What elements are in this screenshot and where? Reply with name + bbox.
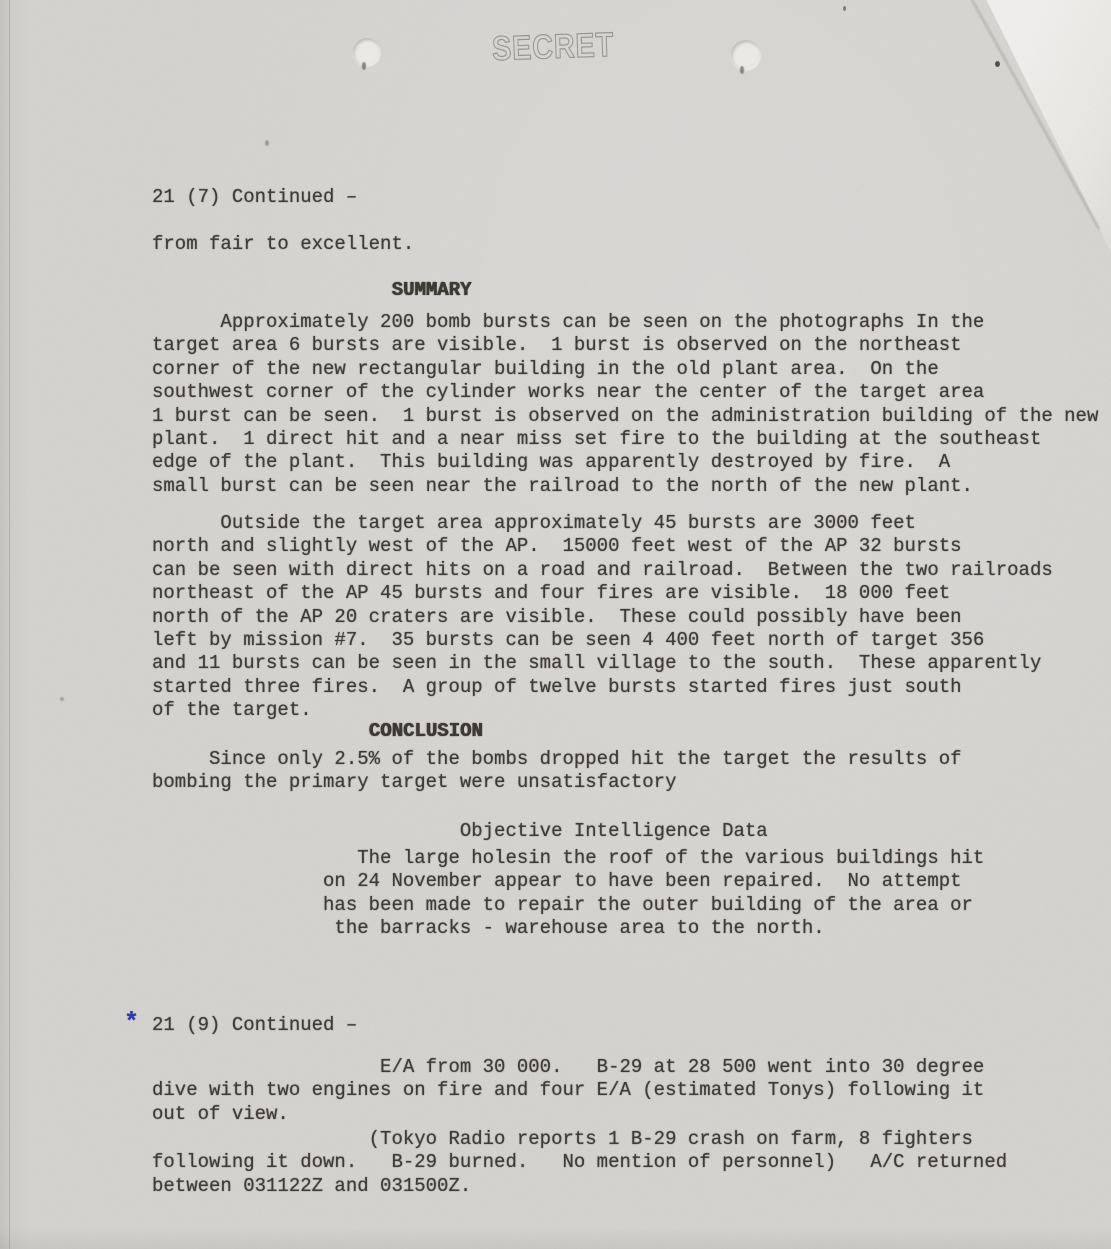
carryover-line: from fair to excellent. — [152, 233, 414, 256]
text-line: between 031122Z and 031500Z. — [152, 1175, 1007, 1198]
conclusion-paragraph: Since only 2.5% of the bombs dropped hit… — [152, 748, 962, 795]
margin-asterisk: * — [124, 1011, 139, 1034]
text-line: small burst can be seen near the railroa… — [152, 475, 1098, 498]
summary-paragraph-2: Outside the target area approximately 45… — [152, 512, 1053, 723]
text-line: has been made to repair the outer buildi… — [152, 894, 984, 917]
text-line: plant. 1 direct hit and a near miss set … — [152, 428, 1098, 451]
section-21-7-header: 21 (7) Continued – — [152, 186, 357, 209]
secret-stamp-text: SECRET — [491, 26, 614, 68]
text-line: 21 (7) Continued – — [152, 186, 357, 209]
text-line: SUMMARY — [152, 279, 471, 302]
hole-punch-left — [353, 38, 381, 66]
text-line: the barracks - warehouse area to the nor… — [152, 917, 984, 940]
ink-speck — [995, 61, 1000, 67]
ink-speck — [265, 140, 269, 146]
text-line: Approximately 200 bomb bursts can be see… — [152, 311, 1098, 334]
summary-heading: SUMMARY — [152, 279, 471, 302]
text-line: The large holesin the roof of the variou… — [152, 847, 984, 870]
text-line: edge of the plant. This building was app… — [152, 451, 1098, 474]
hole-punch-right — [731, 40, 761, 70]
text-line: started three fires. A group of twelve b… — [152, 676, 1053, 699]
text-line: CONCLUSION — [152, 720, 483, 743]
ink-speck — [60, 697, 64, 701]
text-line: and 11 bursts can be seen in the small v… — [152, 652, 1053, 675]
text-line: 21 (9) Continued – — [152, 1014, 357, 1037]
objective-intelligence-heading: Objective Intelligence Data — [152, 820, 768, 843]
text-line: E/A from 30 000. B-29 at 28 500 went int… — [152, 1056, 984, 1079]
text-line: (Tokyo Radio reports 1 B-29 crash on far… — [152, 1128, 1007, 1151]
text-line: corner of the new rectangular building i… — [152, 358, 1098, 381]
section-21-9-paragraph-2: (Tokyo Radio reports 1 B-29 crash on far… — [152, 1128, 1007, 1198]
text-line: out of view. — [152, 1103, 984, 1126]
text-line: following it down. B-29 burned. No menti… — [152, 1151, 1007, 1174]
text-line: can be seen with direct hits on a road a… — [152, 559, 1053, 582]
text-line: on 24 November appear to have been repai… — [152, 870, 984, 893]
section-21-9-header: *21 (9) Continued – — [152, 1014, 357, 1037]
text-line: Objective Intelligence Data — [152, 820, 768, 843]
scanned-document-page: SECRET 21 (7) Continued –from fair to ex… — [0, 0, 1111, 1249]
text-line: southwest corner of the cylinder works n… — [152, 381, 1098, 404]
text-line: north of the AP 20 craters are visible. … — [152, 606, 1053, 629]
text-line: dive with two engines on fire and four E… — [152, 1079, 984, 1102]
section-21-9-paragraph-1: E/A from 30 000. B-29 at 28 500 went int… — [152, 1056, 984, 1126]
objective-intelligence-paragraph: The large holesin the roof of the variou… — [152, 847, 984, 941]
text-line: north and slightly west of the AP. 15000… — [152, 535, 1053, 558]
text-line: from fair to excellent. — [152, 233, 414, 256]
text-line: left by mission #7. 35 bursts can be see… — [152, 629, 1053, 652]
text-line: Since only 2.5% of the bombs dropped hit… — [152, 748, 962, 771]
text-line: northeast of the AP 45 bursts and four f… — [152, 582, 1053, 605]
secret-stamp: SECRET — [487, 20, 621, 71]
conclusion-heading: CONCLUSION — [152, 720, 483, 743]
text-line: 1 burst can be seen. 1 burst is observed… — [152, 405, 1098, 428]
ink-speck — [843, 6, 846, 11]
summary-paragraph-1: Approximately 200 bomb bursts can be see… — [152, 311, 1098, 498]
text-line: Outside the target area approximately 45… — [152, 512, 1053, 535]
text-line: bombing the primary target were unsatisf… — [152, 771, 962, 794]
text-line: target area 6 bursts are visible. 1 burs… — [152, 334, 1098, 357]
